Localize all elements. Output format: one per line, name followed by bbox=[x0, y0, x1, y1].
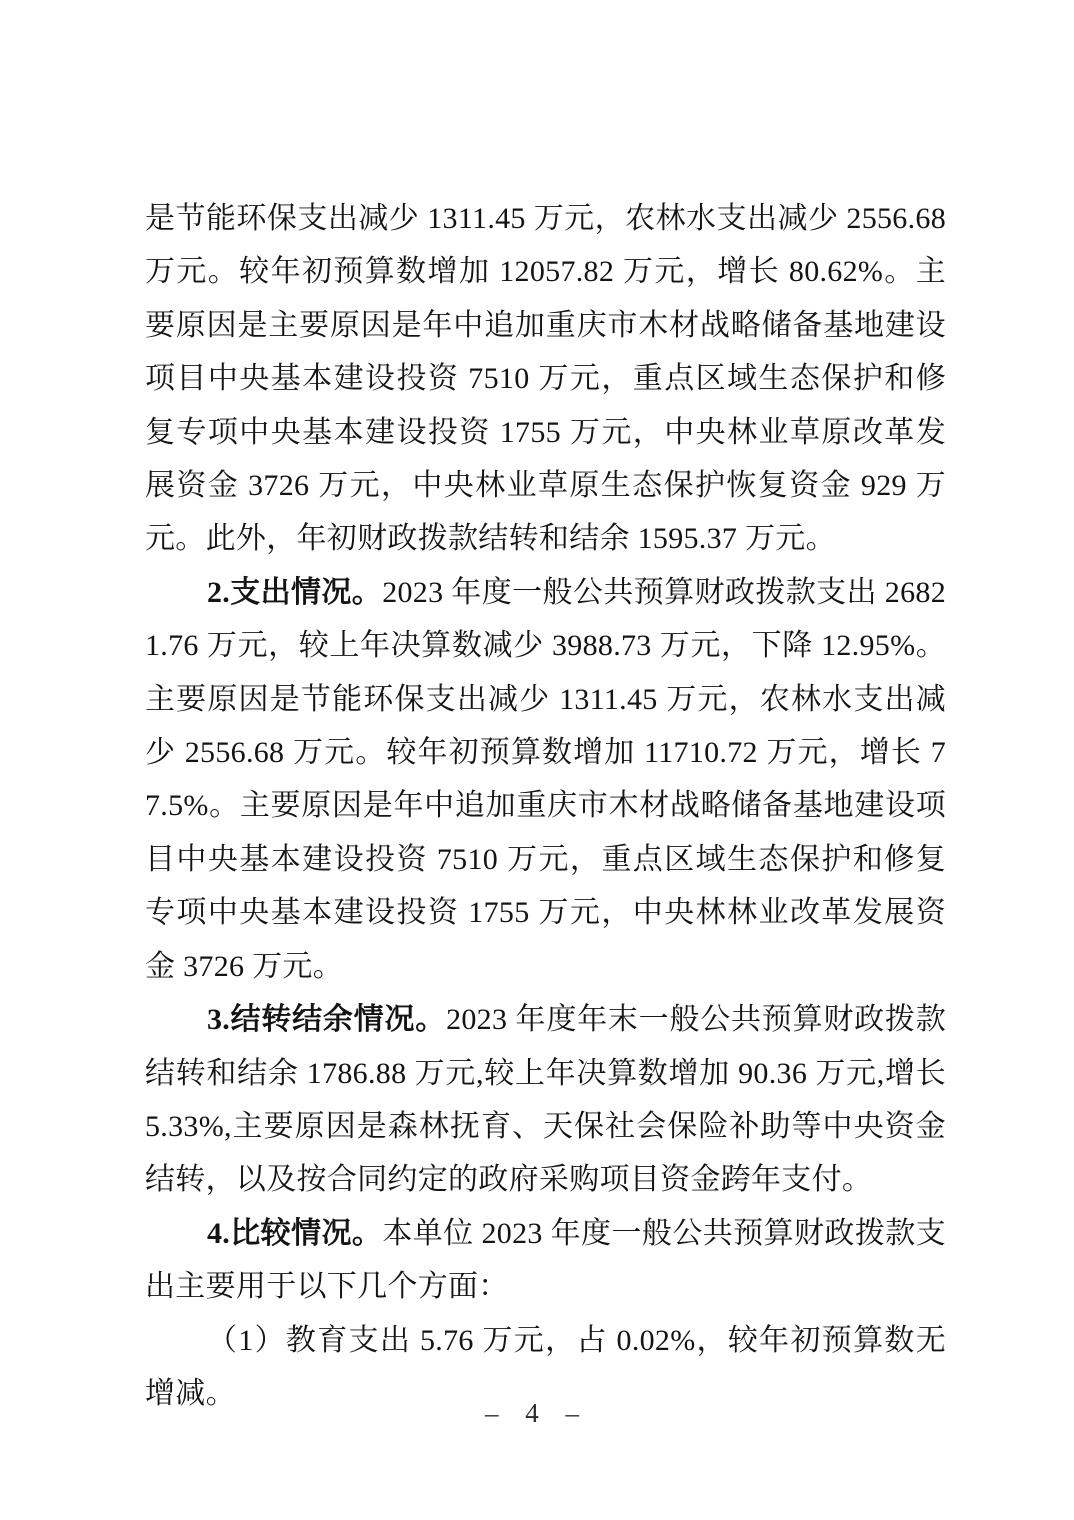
paragraph-expenditure: 2.支出情况。2023 年度一般公共预算财政拨款支出 26821.76 万元，较… bbox=[145, 566, 946, 993]
text-run: （1）教育支出 5.76 万元，占 0.02%，较年初预算数无增减。 bbox=[145, 1324, 946, 1410]
text-run: 2023 年度一般公共预算财政拨款支出 26821.76 万元，较上年决算数减少… bbox=[145, 576, 946, 983]
paragraph-income-continuation: 是节能环保支出减少 1311.45 万元，农林水支出减少 2556.68 万元。… bbox=[145, 192, 946, 566]
section-heading-carryover: 3.结转结余情况。 bbox=[207, 1003, 446, 1036]
section-heading-expenditure: 2.支出情况。 bbox=[207, 576, 382, 609]
document-text-block: 是节能环保支出减少 1311.45 万元，农林水支出减少 2556.68 万元。… bbox=[145, 192, 946, 1420]
text-run: 是节能环保支出减少 1311.45 万元，农林水支出减少 2556.68 万元。… bbox=[145, 202, 946, 555]
section-heading-comparison: 4.比较情况。 bbox=[207, 1217, 382, 1250]
paragraph-carryover: 3.结转结余情况。2023 年度年末一般公共预算财政拨款结转和结余 1786.8… bbox=[145, 993, 946, 1207]
paragraph-comparison: 4.比较情况。本单位 2023 年度一般公共预算财政拨款支出主要用于以下几个方面… bbox=[145, 1207, 946, 1314]
page-number: – 4 – bbox=[0, 1398, 1074, 1429]
